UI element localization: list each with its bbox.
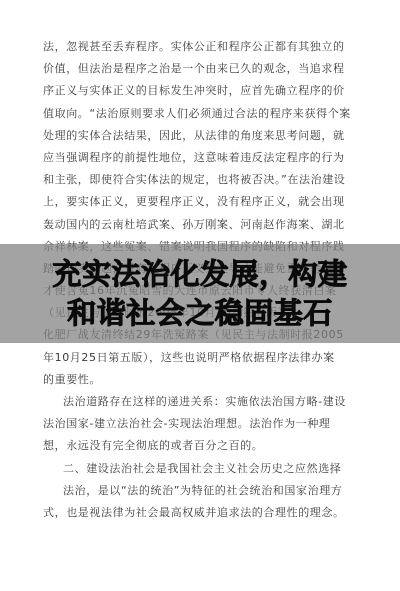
text-line: 式，也是视法律为社会最高权威并追求法的合理性的理念。 bbox=[43, 502, 373, 524]
text-line: 法治国家-建立法治社会-实现法治理想。法治作为一种理 bbox=[43, 413, 373, 435]
section-heading-line: 二、建设法治社会是我国社会主义社会历史之应然选择 bbox=[43, 458, 373, 480]
text-line: 上，要实体正义，更要程序正义，没有程序正义，就会出现 bbox=[43, 191, 373, 213]
text-line: 价值，但法治是程序之治是一个由来已久的观念，当追求程 bbox=[43, 58, 373, 80]
paragraph-start-line: 法治道路存在这样的递进关系：实施依法治国方略-建设 bbox=[43, 391, 373, 413]
banner-title-line-2: 和谐社会之稳固基石 bbox=[67, 294, 333, 333]
text-line: 序正义与实体正义的目标发生冲突时，应首先确立程序的价 bbox=[43, 80, 373, 102]
text-line: 想，永远没有完全彻底的或者百分之百的。 bbox=[43, 435, 373, 457]
paragraph-start-line: 法治，是以“法的统治”为特征的社会统治和国家治理方 bbox=[43, 480, 373, 502]
text-line: 轰动国内的云南杜培武案、孙万刚案、河南赵作海案、湖北 bbox=[43, 214, 373, 236]
text-line: 应当强调程序的前提性地位，这意味着违反法定程序的行为 bbox=[43, 147, 373, 169]
text-line: 和主张，即使符合实体法的规定，也将被否决。”在法治建设 bbox=[43, 169, 373, 191]
text-line: 年10月25日第五版），这些也说明严格依据程序法律办案 bbox=[43, 347, 373, 369]
document-page: 法，忽视甚至丢弃程序。实体公正和程序公正都有其独立的 价值，但法治是程序之治是一… bbox=[0, 0, 400, 591]
title-banner-overlay: 充实法治化发展，构建 和谐社会之稳固基石 bbox=[0, 244, 400, 343]
text-line: 处理的实体合法结果，因此，从法律的角度来思考问题，就 bbox=[43, 125, 373, 147]
banner-title-line-1: 充实法治化发展，构建 bbox=[52, 255, 347, 294]
text-line: 的重要性。 bbox=[43, 369, 373, 391]
text-line: 值取向。“法治原则要求人们必须通过合法的程序来获得个案 bbox=[43, 103, 373, 125]
text-line: 法，忽视甚至丢弃程序。实体公正和程序公正都有其独立的 bbox=[43, 36, 373, 58]
